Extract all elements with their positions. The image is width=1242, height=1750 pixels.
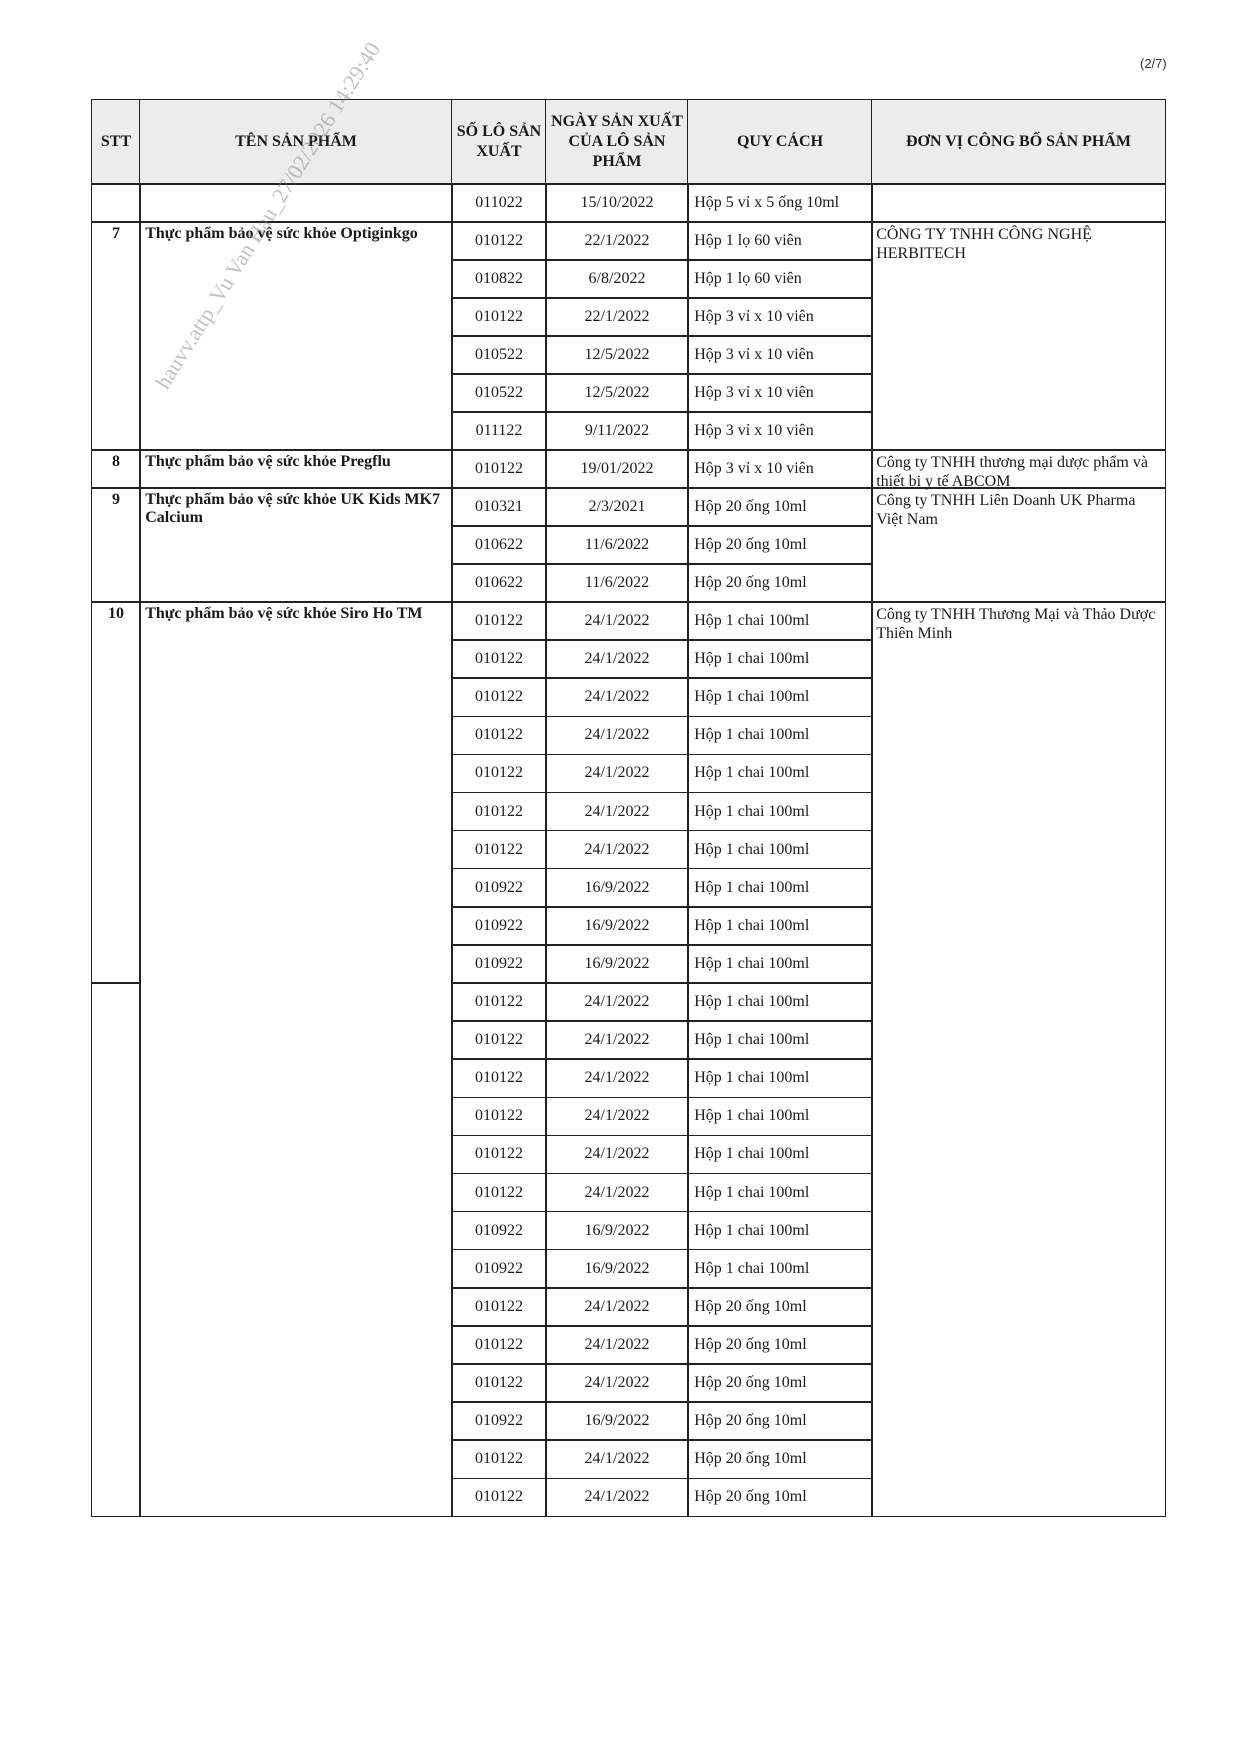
declaring-unit-cell: Công ty TNHH Liên Doanh UK Pharma Việt N… xyxy=(871,487,1166,603)
manufacture-date-cell-text: 24/1/2022 xyxy=(585,650,650,668)
manufacture-date-cell: 24/1/2022 xyxy=(545,716,689,756)
manufacture-date-cell: 24/1/2022 xyxy=(545,1478,689,1518)
manufacture-date-cell-text: 16/9/2022 xyxy=(585,1412,650,1430)
header-packaging-text: QUY CÁCH xyxy=(737,132,823,152)
manufacture-date-cell: 2/3/2021 xyxy=(545,487,689,527)
packaging-cell: Hộp 1 chai 100ml xyxy=(687,1211,873,1251)
manufacture-date-cell-text: 15/10/2022 xyxy=(581,194,654,212)
lot-number-cell: 010122 xyxy=(451,1478,547,1518)
lot-number-cell-text: 010122 xyxy=(475,1107,523,1125)
lot-number-cell: 010122 xyxy=(451,639,547,679)
lot-number-cell-text: 010122 xyxy=(475,1069,523,1087)
lot-number-cell: 010122 xyxy=(451,1173,547,1213)
packaging-cell: Hộp 1 chai 100ml xyxy=(687,792,873,832)
lot-number-cell: 010122 xyxy=(451,1097,547,1137)
manufacture-date-cell-text: 12/5/2022 xyxy=(585,346,650,364)
lot-number-cell-text: 010122 xyxy=(475,650,523,668)
lot-number-cell: 010122 xyxy=(451,830,547,870)
manufacture-date-cell: 12/5/2022 xyxy=(545,335,689,375)
manufacture-date-cell-text: 11/6/2022 xyxy=(585,536,649,554)
lot-number-cell: 010122 xyxy=(451,982,547,1022)
lot-number-cell: 010321 xyxy=(451,487,547,527)
stt-cell-text: 9 xyxy=(112,491,120,509)
packaging-cell-text: Hộp 1 chai 100ml xyxy=(694,1031,809,1049)
product-name-cell-text: Thực phẩm bảo vệ sức khỏe UK Kids MK7 Ca… xyxy=(145,491,448,527)
packaging-cell-text: Hộp 1 lọ 60 viên xyxy=(694,232,802,250)
lot-number-cell-text: 010122 xyxy=(475,1374,523,1392)
stt-cell: 7 xyxy=(91,221,141,451)
lot-number-cell: 010122 xyxy=(451,601,547,641)
lot-number-cell: 010922 xyxy=(451,868,547,908)
packaging-cell: Hộp 1 chai 100ml xyxy=(687,677,873,717)
manufacture-date-cell: 24/1/2022 xyxy=(545,1363,689,1403)
packaging-cell: Hộp 1 chai 100ml xyxy=(687,830,873,870)
lot-number-cell-text: 010122 xyxy=(475,726,523,744)
header-product-name: TÊN SẢN PHẨM xyxy=(139,99,453,185)
manufacture-date-cell: 24/1/2022 xyxy=(545,601,689,641)
header-manufacture-date-text: NGÀY SẢN XUẤT CỦA LÔ SẢN PHẨM xyxy=(546,112,688,172)
packaging-cell: Hộp 20 ống 10ml xyxy=(687,1478,873,1518)
manufacture-date-cell: 15/10/2022 xyxy=(545,183,689,223)
manufacture-date-cell: 12/5/2022 xyxy=(545,373,689,413)
lot-number-cell: 010522 xyxy=(451,373,547,413)
lot-number-cell: 010122 xyxy=(451,297,547,337)
manufacture-date-cell-text: 24/1/2022 xyxy=(585,688,650,706)
header-declaring-unit-text: ĐƠN VỊ CÔNG BỐ SẢN PHẨM xyxy=(906,132,1131,152)
product-name-cell: Thực phẩm bảo vệ sức khỏe Siro Ho TM xyxy=(139,601,453,1517)
manufacture-date-cell: 16/9/2022 xyxy=(545,1401,689,1441)
lot-number-cell: 011122 xyxy=(451,411,547,451)
lot-number-cell: 010922 xyxy=(451,1401,547,1441)
lot-number-cell: 010122 xyxy=(451,1020,547,1060)
manufacture-date-cell-text: 24/1/2022 xyxy=(585,1374,650,1392)
packaging-cell-text: Hộp 1 chai 100ml xyxy=(694,1184,809,1202)
manufacture-date-cell-text: 24/1/2022 xyxy=(585,1107,650,1125)
lot-number-cell: 010122 xyxy=(451,1287,547,1327)
packaging-cell-text: Hộp 20 ống 10ml xyxy=(694,498,806,516)
lot-number-cell-text: 010922 xyxy=(475,1412,523,1430)
header-product-name-text: TÊN SẢN PHẨM xyxy=(235,132,357,152)
manufacture-date-cell: 24/1/2022 xyxy=(545,982,689,1022)
manufacture-date-cell-text: 24/1/2022 xyxy=(585,1145,650,1163)
manufacture-date-cell-text: 16/9/2022 xyxy=(585,1260,650,1278)
stt-cell: 8 xyxy=(91,449,141,489)
product-name-cell xyxy=(139,183,453,223)
manufacture-date-cell-text: 16/9/2022 xyxy=(585,917,650,935)
packaging-cell: Hộp 20 ống 10ml xyxy=(687,1401,873,1441)
stt-cell-text: 8 xyxy=(112,453,120,471)
lot-number-cell-text: 010122 xyxy=(475,993,523,1011)
lot-number-cell-text: 010122 xyxy=(475,841,523,859)
manufacture-date-cell-text: 24/1/2022 xyxy=(585,841,650,859)
manufacture-date-cell-text: 24/1/2022 xyxy=(585,803,650,821)
packaging-cell: Hộp 1 chai 100ml xyxy=(687,716,873,756)
manufacture-date-cell: 24/1/2022 xyxy=(545,1097,689,1137)
header-manufacture-date: NGÀY SẢN XUẤT CỦA LÔ SẢN PHẨM xyxy=(545,99,689,185)
packaging-cell: Hộp 1 chai 100ml xyxy=(687,601,873,641)
packaging-cell-text: Hộp 3 vỉ x 10 viên xyxy=(694,384,814,402)
header-stt-text: STT xyxy=(101,132,131,152)
lot-number-cell-text: 010622 xyxy=(475,574,523,592)
lot-number-cell: 011022 xyxy=(451,183,547,223)
packaging-cell: Hộp 20 ống 10ml xyxy=(687,563,873,603)
lot-number-cell-text: 010122 xyxy=(475,1488,523,1506)
lot-number-cell: 010922 xyxy=(451,944,547,984)
packaging-cell-text: Hộp 1 chai 100ml xyxy=(694,803,809,821)
packaging-cell: Hộp 20 ống 10ml xyxy=(687,1439,873,1479)
lot-number-cell-text: 010122 xyxy=(475,1184,523,1202)
packaging-cell-text: Hộp 1 chai 100ml xyxy=(694,841,809,859)
manufacture-date-cell: 9/11/2022 xyxy=(545,411,689,451)
lot-number-cell-text: 010122 xyxy=(475,1031,523,1049)
manufacture-date-cell-text: 24/1/2022 xyxy=(585,1450,650,1468)
manufacture-date-cell: 24/1/2022 xyxy=(545,1058,689,1098)
stt-cell-continued xyxy=(91,982,141,1517)
declaring-unit-cell-text: CÔNG TY TNHH CÔNG NGHỆ HERBITECH xyxy=(876,225,1161,263)
packaging-cell-text: Hộp 1 chai 100ml xyxy=(694,1069,809,1087)
packaging-cell-text: Hộp 20 ống 10ml xyxy=(694,1374,806,1392)
manufacture-date-cell: 24/1/2022 xyxy=(545,1287,689,1327)
lot-number-cell: 010922 xyxy=(451,1249,547,1289)
packaging-cell-text: Hộp 1 chai 100ml xyxy=(694,764,809,782)
manufacture-date-cell: 16/9/2022 xyxy=(545,944,689,984)
manufacture-date-cell-text: 24/1/2022 xyxy=(585,1298,650,1316)
manufacture-date-cell: 16/9/2022 xyxy=(545,906,689,946)
lot-number-cell-text: 010122 xyxy=(475,764,523,782)
header-declaring-unit: ĐƠN VỊ CÔNG BỐ SẢN PHẨM xyxy=(871,99,1166,185)
packaging-cell: Hộp 1 chai 100ml xyxy=(687,1135,873,1175)
packaging-cell-text: Hộp 20 ống 10ml xyxy=(694,574,806,592)
manufacture-date-cell-text: 9/11/2022 xyxy=(585,422,649,440)
lot-number-cell-text: 010122 xyxy=(475,308,523,326)
product-name-cell: Thực phẩm bảo vệ sức khỏe UK Kids MK7 Ca… xyxy=(139,487,453,603)
stt-cell-text: 7 xyxy=(112,225,120,243)
manufacture-date-cell-text: 16/9/2022 xyxy=(585,955,650,973)
stt-cell xyxy=(91,183,141,223)
manufacture-date-cell: 16/9/2022 xyxy=(545,868,689,908)
packaging-cell-text: Hộp 3 vỉ x 10 viên xyxy=(694,346,814,364)
declaring-unit-cell-text: Công ty TNHH Liên Doanh UK Pharma Việt N… xyxy=(876,491,1161,529)
product-name-cell-text: Thực phẩm bảo vệ sức khỏe Siro Ho TM xyxy=(145,605,422,623)
product-name-cell-text: Thực phẩm bảo vệ sức khỏe Optiginkgo xyxy=(145,225,418,243)
lot-number-cell-text: 010122 xyxy=(475,232,523,250)
declaring-unit-cell-text: Công ty TNHH thương mại dược phẩm và thi… xyxy=(876,453,1161,491)
manufacture-date-cell-text: 11/6/2022 xyxy=(585,574,649,592)
lot-number-cell: 010622 xyxy=(451,563,547,603)
manufacture-date-cell: 24/1/2022 xyxy=(545,792,689,832)
manufacture-date-cell-text: 6/8/2022 xyxy=(589,270,646,288)
manufacture-date-cell: 24/1/2022 xyxy=(545,1135,689,1175)
packaging-cell: Hộp 1 chai 100ml xyxy=(687,982,873,1022)
manufacture-date-cell: 19/01/2022 xyxy=(545,449,689,489)
header-packaging: QUY CÁCH xyxy=(687,99,873,185)
lot-number-cell-text: 010522 xyxy=(475,346,523,364)
packaging-cell: Hộp 3 vỉ x 10 viên xyxy=(687,449,873,489)
packaging-cell: Hộp 1 lọ 60 viên xyxy=(687,259,873,299)
manufacture-date-cell: 11/6/2022 xyxy=(545,563,689,603)
declaring-unit-cell-text: Công ty TNHH Thương Mại và Thảo Dược Thi… xyxy=(876,605,1161,643)
stt-cell: 10 xyxy=(91,601,141,984)
lot-number-cell: 010122 xyxy=(451,1058,547,1098)
product-name-cell-text: Thực phẩm bảo vệ sức khỏe Pregflu xyxy=(145,453,391,471)
lot-number-cell: 010122 xyxy=(451,716,547,756)
packaging-cell-text: Hộp 20 ống 10ml xyxy=(694,1336,806,1354)
manufacture-date-cell: 22/1/2022 xyxy=(545,221,689,261)
manufacture-date-cell-text: 16/9/2022 xyxy=(585,1222,650,1240)
manufacture-date-cell-text: 19/01/2022 xyxy=(581,460,654,478)
lot-number-cell-text: 010122 xyxy=(475,688,523,706)
packaging-cell: Hộp 20 ống 10ml xyxy=(687,1363,873,1403)
manufacture-date-cell-text: 24/1/2022 xyxy=(585,1336,650,1354)
manufacture-date-cell-text: 2/3/2021 xyxy=(589,498,646,516)
lot-number-cell-text: 010922 xyxy=(475,1260,523,1278)
packaging-cell-text: Hộp 20 ống 10ml xyxy=(694,1412,806,1430)
lot-number-cell-text: 010622 xyxy=(475,536,523,554)
packaging-cell-text: Hộp 1 chai 100ml xyxy=(694,1222,809,1240)
packaging-cell: Hộp 5 vỉ x 5 ống 10ml xyxy=(687,183,873,223)
declaring-unit-cell: Công ty TNHH Thương Mại và Thảo Dược Thi… xyxy=(871,601,1166,1517)
packaging-cell: Hộp 20 ống 10ml xyxy=(687,525,873,565)
stt-cell: 9 xyxy=(91,487,141,603)
manufacture-date-cell-text: 12/5/2022 xyxy=(585,384,650,402)
packaging-cell-text: Hộp 1 chai 100ml xyxy=(694,993,809,1011)
packaging-cell: Hộp 3 vỉ x 10 viên xyxy=(687,297,873,337)
packaging-cell: Hộp 1 chai 100ml xyxy=(687,1173,873,1213)
lot-number-cell-text: 010321 xyxy=(475,498,523,516)
packaging-cell: Hộp 1 chai 100ml xyxy=(687,944,873,984)
manufacture-date-cell-text: 24/1/2022 xyxy=(585,1488,650,1506)
packaging-cell: Hộp 3 vỉ x 10 viên xyxy=(687,335,873,375)
manufacture-date-cell: 16/9/2022 xyxy=(545,1249,689,1289)
manufacture-date-cell-text: 24/1/2022 xyxy=(585,1069,650,1087)
manufacture-date-cell: 24/1/2022 xyxy=(545,1173,689,1213)
packaging-cell-text: Hộp 20 ống 10ml xyxy=(694,536,806,554)
lot-number-cell-text: 010122 xyxy=(475,1145,523,1163)
lot-number-cell-text: 010922 xyxy=(475,1222,523,1240)
declaring-unit-cell: CÔNG TY TNHH CÔNG NGHỆ HERBITECH xyxy=(871,221,1166,451)
header-stt: STT xyxy=(91,99,141,185)
packaging-cell: Hộp 1 chai 100ml xyxy=(687,1020,873,1060)
declaring-unit-cell xyxy=(871,183,1166,223)
lot-number-cell: 010822 xyxy=(451,259,547,299)
lot-number-cell-text: 010122 xyxy=(475,803,523,821)
stt-cell-text: 10 xyxy=(108,605,124,623)
manufacture-date-cell: 24/1/2022 xyxy=(545,1439,689,1479)
lot-number-cell: 010122 xyxy=(451,792,547,832)
lot-number-cell-text: 010822 xyxy=(475,270,523,288)
packaging-cell: Hộp 3 vỉ x 10 viên xyxy=(687,373,873,413)
manufacture-date-cell: 24/1/2022 xyxy=(545,1020,689,1060)
packaging-cell-text: Hộp 1 chai 100ml xyxy=(694,726,809,744)
lot-number-cell: 010922 xyxy=(451,1211,547,1251)
packaging-cell-text: Hộp 1 chai 100ml xyxy=(694,879,809,897)
manufacture-date-cell: 24/1/2022 xyxy=(545,1325,689,1365)
manufacture-date-cell-text: 24/1/2022 xyxy=(585,993,650,1011)
packaging-cell-text: Hộp 20 ống 10ml xyxy=(694,1298,806,1316)
packaging-cell: Hộp 1 chai 100ml xyxy=(687,639,873,679)
packaging-cell: Hộp 20 ống 10ml xyxy=(687,1325,873,1365)
manufacture-date-cell: 11/6/2022 xyxy=(545,525,689,565)
packaging-cell-text: Hộp 1 chai 100ml xyxy=(694,1260,809,1278)
packaging-cell-text: Hộp 1 chai 100ml xyxy=(694,1107,809,1125)
packaging-cell: Hộp 1 chai 100ml xyxy=(687,906,873,946)
header-lot-number-text: SỐ LÔ SẢN XUẤT xyxy=(452,122,546,162)
product-name-cell: Thực phẩm bảo vệ sức khỏe Optiginkgo xyxy=(139,221,453,451)
manufacture-date-cell-text: 24/1/2022 xyxy=(585,1031,650,1049)
lot-number-cell: 010122 xyxy=(451,1325,547,1365)
manufacture-date-cell: 24/1/2022 xyxy=(545,830,689,870)
lot-number-cell: 010522 xyxy=(451,335,547,375)
manufacture-date-cell: 24/1/2022 xyxy=(545,677,689,717)
lot-number-cell: 010122 xyxy=(451,449,547,489)
product-name-cell: Thực phẩm bảo vệ sức khỏe Pregflu xyxy=(139,449,453,489)
lot-number-cell: 010122 xyxy=(451,754,547,794)
declaring-unit-cell: Công ty TNHH thương mại dược phẩm và thi… xyxy=(871,449,1166,489)
manufacture-date-cell: 22/1/2022 xyxy=(545,297,689,337)
packaging-cell: Hộp 1 chai 100ml xyxy=(687,1097,873,1137)
lot-number-cell-text: 010122 xyxy=(475,1450,523,1468)
packaging-cell: Hộp 1 chai 100ml xyxy=(687,754,873,794)
packaging-cell-text: Hộp 1 chai 100ml xyxy=(694,1145,809,1163)
packaging-cell-text: Hộp 1 chai 100ml xyxy=(694,917,809,935)
lot-number-cell-text: 011022 xyxy=(475,194,522,212)
page-number: (2/7) xyxy=(1140,56,1167,71)
lot-number-cell-text: 010122 xyxy=(475,460,523,478)
lot-number-cell: 010122 xyxy=(451,221,547,261)
packaging-cell-text: Hộp 20 ống 10ml xyxy=(694,1450,806,1468)
manufacture-date-cell-text: 24/1/2022 xyxy=(585,726,650,744)
lot-number-cell: 010122 xyxy=(451,1135,547,1175)
packaging-cell-text: Hộp 1 lọ 60 viên xyxy=(694,270,802,288)
packaging-cell: Hộp 3 vỉ x 10 viên xyxy=(687,411,873,451)
lot-number-cell-text: 010922 xyxy=(475,879,523,897)
manufacture-date-cell: 24/1/2022 xyxy=(545,754,689,794)
packaging-cell-text: Hộp 1 chai 100ml xyxy=(694,688,809,706)
lot-number-cell: 010622 xyxy=(451,525,547,565)
packaging-cell: Hộp 1 chai 100ml xyxy=(687,1249,873,1289)
packaging-cell-text: Hộp 1 chai 100ml xyxy=(694,955,809,973)
lot-number-cell-text: 010922 xyxy=(475,917,523,935)
packaging-cell-text: Hộp 20 ống 10ml xyxy=(694,1488,806,1506)
manufacture-date-cell: 16/9/2022 xyxy=(545,1211,689,1251)
packaging-cell: Hộp 20 ống 10ml xyxy=(687,1287,873,1327)
manufacture-date-cell-text: 24/1/2022 xyxy=(585,1184,650,1202)
packaging-cell-text: Hộp 1 chai 100ml xyxy=(694,650,809,668)
manufacture-date-cell: 24/1/2022 xyxy=(545,639,689,679)
header-lot-number: SỐ LÔ SẢN XUẤT xyxy=(451,99,547,185)
lot-number-cell: 010122 xyxy=(451,1439,547,1479)
packaging-cell-text: Hộp 5 vỉ x 5 ống 10ml xyxy=(694,194,839,212)
manufacture-date-cell-text: 22/1/2022 xyxy=(585,232,650,250)
lot-number-cell-text: 010122 xyxy=(475,1336,523,1354)
packaging-cell-text: Hộp 1 chai 100ml xyxy=(694,612,809,630)
packaging-cell: Hộp 1 chai 100ml xyxy=(687,1058,873,1098)
manufacture-date-cell: 6/8/2022 xyxy=(545,259,689,299)
lot-number-cell-text: 010122 xyxy=(475,612,523,630)
lot-number-cell-text: 011122 xyxy=(476,422,523,440)
lot-number-cell: 010922 xyxy=(451,906,547,946)
manufacture-date-cell-text: 24/1/2022 xyxy=(585,612,650,630)
lot-number-cell: 010122 xyxy=(451,1363,547,1403)
lot-number-cell-text: 010122 xyxy=(475,1298,523,1316)
manufacture-date-cell-text: 24/1/2022 xyxy=(585,764,650,782)
lot-number-cell: 010122 xyxy=(451,677,547,717)
lot-number-cell-text: 010522 xyxy=(475,384,523,402)
packaging-cell: Hộp 20 ống 10ml xyxy=(687,487,873,527)
packaging-cell-text: Hộp 3 vỉ x 10 viên xyxy=(694,308,814,326)
packaging-cell: Hộp 1 chai 100ml xyxy=(687,868,873,908)
packaging-cell-text: Hộp 3 vỉ x 10 viên xyxy=(694,422,814,440)
manufacture-date-cell-text: 16/9/2022 xyxy=(585,879,650,897)
lot-number-cell-text: 010922 xyxy=(475,955,523,973)
packaging-cell: Hộp 1 lọ 60 viên xyxy=(687,221,873,261)
manufacture-date-cell-text: 22/1/2022 xyxy=(585,308,650,326)
packaging-cell-text: Hộp 3 vỉ x 10 viên xyxy=(694,460,814,478)
